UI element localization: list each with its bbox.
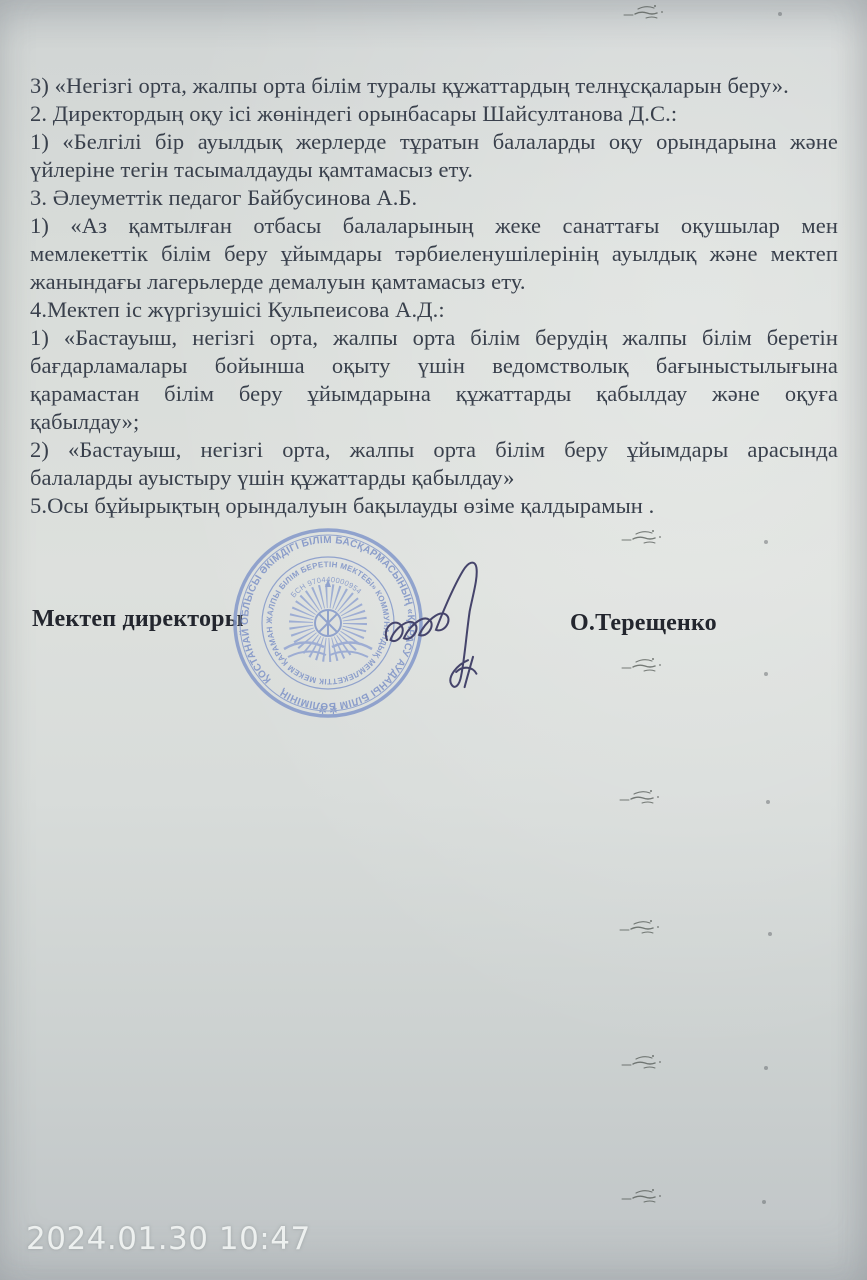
- photo-timestamp: 2024.01.30 10:47: [26, 1221, 311, 1257]
- text-line: қарамастан білім беру ұйымдарына құжатта…: [30, 380, 838, 408]
- text-line: 5.Осы бұйырықтың орындалуын бақылауды өз…: [30, 492, 838, 520]
- text-line: 2) «Бастауыш, негізгі орта, жалпы орта б…: [30, 436, 838, 464]
- ink-dot: [768, 932, 772, 936]
- ink-smudge: [620, 1052, 666, 1072]
- ink-dot: [766, 800, 770, 804]
- ink-smudge: [622, 2, 668, 22]
- text-line: үйлеріне тегін тасымалдауды қамтамасыз е…: [30, 156, 838, 184]
- text-line: 1) «Бастауыш, негізгі орта, жалпы орта б…: [30, 324, 838, 352]
- text-line: 3. Әлеуметтік педагог Байбусинова А.Б.: [30, 184, 838, 212]
- text-line: балаларды ауыстыру үшін құжаттарды қабыл…: [30, 464, 838, 492]
- handwritten-signature: [382, 548, 500, 710]
- ink-dot: [764, 540, 768, 544]
- ink-smudge: [620, 655, 666, 675]
- text-line: қабылдау»;: [30, 408, 838, 436]
- signer-name: О.Терещенко: [570, 610, 717, 637]
- document-page: 3) «Негізгі орта, жалпы орта білім турал…: [0, 0, 867, 1280]
- ink-dot: [762, 1200, 766, 1204]
- ink-dot: [764, 672, 768, 676]
- ink-dot: [778, 12, 782, 16]
- text-line: жанындағы лагерьлерде демалуын қамтамасы…: [30, 268, 838, 296]
- text-line: мемлекеттік білім беру ұйымдары тәрбиеле…: [30, 240, 838, 268]
- ink-smudge: [618, 917, 664, 937]
- text-line: 1) «Белгілі бір ауылдық жерлерде тұратын…: [30, 128, 838, 156]
- text-line: 2. Директордың оқу ісі жөніндегі орынбас…: [30, 100, 838, 128]
- text-line: 4.Мектеп іс жүргізушісі Кульпеисова А.Д.…: [30, 296, 838, 324]
- ink-smudge: [620, 1186, 666, 1206]
- stamp-stars: ✲ ✲: [318, 706, 337, 717]
- role-label: Мектеп директоры: [32, 606, 244, 633]
- ink-smudge: [620, 527, 666, 547]
- ink-smudge: [618, 787, 664, 807]
- document-text: 3) «Негізгі орта, жалпы орта білім турал…: [30, 72, 838, 520]
- ink-dot: [764, 1066, 768, 1070]
- text-line: 1) «Аз қамтылған отбасы балаларының жеке…: [30, 212, 838, 240]
- text-line: 3) «Негізгі орта, жалпы орта білім турал…: [30, 72, 838, 100]
- text-line: бағдарламалары бойынша оқыту үшін ведомс…: [30, 352, 838, 380]
